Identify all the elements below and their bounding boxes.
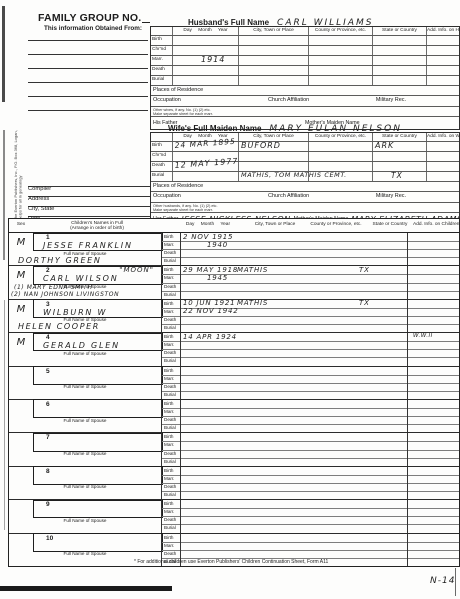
- spouse-label: Full Name of Spouse: [9, 383, 161, 390]
- row-label: Marr.: [161, 274, 181, 282]
- source-line: [28, 96, 148, 97]
- col-sex: Sex: [9, 219, 33, 231]
- husband-table: Day Month Year City, Town or Place Count…: [150, 26, 460, 130]
- addinfo-divider: [407, 324, 408, 332]
- wife-table: Day Month Year City, Town or Place Count…: [150, 132, 460, 227]
- spouse-area: Full Name of Spouse: [9, 450, 161, 466]
- child-row-8: 8Full Name of SpouseBirthMarr.DeathBuria…: [9, 467, 459, 500]
- row-label: Burial: [161, 391, 181, 399]
- row-label: Birth: [161, 333, 181, 341]
- row-label: Birth: [161, 233, 181, 241]
- row-label: Marr.: [161, 375, 181, 383]
- col-state: State or Country: [365, 219, 415, 231]
- addinfo-divider: [407, 308, 408, 316]
- child-sex: M: [9, 304, 33, 315]
- child-row-6: 6Full Name of SpouseBirthMarr.DeathBuria…: [9, 400, 459, 433]
- date-row: Date: [28, 207, 150, 217]
- birth-date: 10 JUN 1921: [183, 299, 235, 307]
- child-sex: M: [9, 270, 33, 281]
- row-label: Birth: [161, 367, 181, 375]
- source-line: [28, 54, 148, 55]
- compiler-row: Compiler: [28, 177, 150, 187]
- addinfo-divider: [407, 391, 408, 399]
- source-line: [28, 82, 148, 83]
- scan-edge-artifact: [2, 6, 5, 102]
- col-day-month-year: Day Month Year: [173, 27, 239, 35]
- burial-row: Burial: [161, 524, 459, 532]
- row-label: Marr.: [161, 408, 181, 416]
- otherhusbands-line2: Make separate sheet for each marr.: [153, 208, 213, 212]
- wife-rowlabel-col: [151, 133, 173, 141]
- scan-edge-artifact: [3, 130, 5, 260]
- spouse-area: Full Name of Spouse: [9, 516, 161, 532]
- spouse-label: Full Name of Spouse: [9, 516, 161, 523]
- wife-occupation-row: Occupation Church Affiliation Military R…: [151, 192, 459, 203]
- birth-state: TX: [359, 266, 370, 274]
- burial-row: Burial: [161, 458, 459, 466]
- row-label: Marr.: [161, 241, 181, 249]
- child-number: 8: [46, 468, 50, 475]
- spouse-name: DORTHY GREEN: [18, 256, 101, 265]
- spouse-label: Full Name of Spouse: [9, 550, 161, 557]
- row-label: Burial: [161, 357, 181, 365]
- husband-birth-row: Birth: [151, 36, 459, 46]
- child-number: 10: [46, 535, 53, 542]
- addinfo-divider: [407, 400, 408, 408]
- addinfo-divider: [407, 375, 408, 383]
- addinfo-divider: [407, 542, 408, 550]
- addinfo-divider: [407, 558, 408, 566]
- col-county: County or Province, etc.: [309, 133, 373, 141]
- row-label: Birth: [161, 300, 181, 308]
- col-county: County or Province, etc.: [307, 219, 365, 231]
- address-row: Address: [28, 187, 150, 197]
- husband-burial-row: Burial: [151, 76, 459, 86]
- row-label: Birth: [161, 500, 181, 508]
- addinfo-divider: [407, 424, 408, 432]
- husband-residence-row: Places of Residence: [151, 86, 459, 96]
- spouse-area: Full Name of SpouseDORTHY GREEN: [9, 249, 161, 265]
- col-addinfo: Add. Info. on Wife: [427, 133, 460, 141]
- row-label: Marr.: [151, 56, 172, 64]
- spouse-area: Full Name of Spouse: [9, 383, 161, 399]
- col-addinfo: Add. Info. on Husband: [427, 27, 460, 35]
- row-label: Death: [161, 249, 181, 257]
- row-label: Burial: [161, 424, 181, 432]
- wife-burial-place: MATHIS, TOM MATHIS CEMT.: [241, 171, 347, 179]
- addinfo-divider: [407, 534, 408, 542]
- spouse-name: HELEN COOPER: [18, 322, 100, 331]
- child-row-7: 7Full Name of SpouseBirthMarr.DeathBuria…: [9, 433, 459, 466]
- addinfo-divider: [407, 550, 408, 558]
- church-label: Church Affiliation: [268, 97, 309, 103]
- col-county: County or Province, etc.: [309, 27, 373, 35]
- corner-handwritten-note: N-14: [430, 576, 455, 586]
- birth-date: 29 MAY 1918: [183, 266, 238, 274]
- row-label: Burial: [161, 291, 181, 299]
- spouse-area: Full Name of Spouse: [9, 483, 161, 499]
- children-names-label: Children's Names in Full: [71, 221, 123, 226]
- addinfo-divider: [407, 416, 408, 424]
- source-line: [28, 110, 148, 111]
- husband-marr-date: 1914: [201, 55, 225, 64]
- row-label: Birth: [161, 534, 181, 542]
- spouse-area: Full Name of Spouse: [9, 349, 161, 365]
- row-label: Burial: [151, 172, 172, 180]
- addinfo-divider: [407, 316, 408, 324]
- birth-add-info: W.W.II: [413, 333, 433, 339]
- row-label: Chr'nd: [151, 152, 172, 160]
- scan-edge-artifact: [4, 300, 5, 530]
- wife-residence-row: Places of Residence: [151, 182, 459, 192]
- residence-label: Places of Residence: [153, 87, 203, 93]
- row-label: Burial: [161, 491, 181, 499]
- addinfo-divider: [407, 291, 408, 299]
- occupation-label: Occupation: [153, 193, 181, 199]
- military-label: Military Rec.: [376, 97, 406, 103]
- wife-birth-state: ARK: [375, 141, 394, 150]
- birth-date: 14 APR 1924: [183, 333, 237, 341]
- row-label: Marr.: [161, 508, 181, 516]
- residence-label: Places of Residence: [153, 183, 203, 189]
- burial-row: Burial: [161, 257, 459, 265]
- child-nickname: "MOON": [119, 266, 154, 274]
- addinfo-divider: [407, 300, 408, 308]
- addinfo-divider: [407, 341, 408, 349]
- row-label: Burial: [161, 257, 181, 265]
- children-table: Sex Children's Names in Full (Arrange in…: [8, 218, 460, 567]
- addinfo-divider: [407, 233, 408, 241]
- row-label: Death: [161, 450, 181, 458]
- spouse-label: Full Name of Spouse: [9, 416, 161, 423]
- church-label: Church Affiliation: [268, 193, 309, 199]
- row-label: Death: [161, 550, 181, 558]
- husband-chrnd-row: Chr'nd: [151, 46, 459, 56]
- col-state: State or Country: [373, 133, 427, 141]
- burial-row: Burial: [161, 291, 459, 299]
- col-city: City, Town or Place: [239, 133, 309, 141]
- burial-row: Burial: [161, 324, 459, 332]
- row-label: Marr.: [161, 441, 181, 449]
- child-row-4: M4GERALD GLENFull Name of SpouseBirth14 …: [9, 333, 459, 366]
- addinfo-divider: [407, 283, 408, 291]
- addinfo-divider: [407, 500, 408, 508]
- addinfo-divider: [407, 357, 408, 365]
- group-no-line: [142, 22, 150, 23]
- source-line: [28, 68, 148, 69]
- addinfo-divider: [407, 508, 408, 516]
- addinfo-divider: [407, 241, 408, 249]
- addinfo-divider: [407, 383, 408, 391]
- addinfo-divider: [407, 274, 408, 282]
- birth-date: 2 NOV 1915: [183, 233, 233, 241]
- spouse-name-2: (2) NAN JOHNSON LIVINGSTON: [11, 291, 119, 298]
- wife-birth-city: BUFORD: [241, 141, 281, 150]
- otherwives-line2: Make separate sheet for each marr.: [153, 112, 213, 116]
- birth-place: MATHIS: [237, 299, 268, 307]
- row-label: Burial: [151, 76, 172, 84]
- child-number: 9: [46, 501, 50, 508]
- spouse-label: Full Name of Spouse: [9, 349, 161, 356]
- row-label: Birth: [151, 142, 172, 150]
- row-label: Birth: [161, 400, 181, 408]
- addinfo-divider: [407, 467, 408, 475]
- scan-bottom-bar: [0, 586, 172, 591]
- row-label: Death: [161, 383, 181, 391]
- children-names-sublabel: (Arrange in order of birth): [70, 226, 124, 231]
- col-addinfo: Add. Info. on Children: [413, 219, 459, 231]
- addinfo-divider: [407, 433, 408, 441]
- footer-note: * For additional children use Everton Pu…: [134, 559, 328, 565]
- husband-occupation-row: Occupation Church Affiliation Military R…: [151, 96, 459, 107]
- child-row-9: 9Full Name of SpouseBirthMarr.DeathBuria…: [9, 500, 459, 533]
- child-row-1: M1JESSE FRANKLINFull Name of SpouseDORTH…: [9, 233, 459, 266]
- child-number: 7: [46, 434, 50, 441]
- addinfo-divider: [407, 333, 408, 341]
- row-label: Chr'nd: [151, 46, 172, 54]
- burial-row: Burial: [161, 357, 459, 365]
- row-label: Marr.: [161, 308, 181, 316]
- husband-otherwives-row: Other wives, if any. No. (1) (2) etc. Ma…: [151, 107, 459, 117]
- addinfo-divider: [407, 458, 408, 466]
- wife-birth-row: Birth 24 MAR 1895 BUFORD ARK: [151, 142, 459, 152]
- occupation-label: Occupation: [153, 97, 181, 103]
- addinfo-divider: [407, 450, 408, 458]
- row-label: Marr.: [161, 542, 181, 550]
- col-city: City, Town or Place: [243, 219, 307, 231]
- husband-rowlabel-col: [151, 27, 173, 35]
- burial-row: Burial: [161, 424, 459, 432]
- marr-date: 1945: [207, 274, 228, 282]
- wife-burial-state: TX: [391, 171, 403, 180]
- obtained-from-label: This information Obtained From:: [44, 25, 142, 32]
- addinfo-divider: [407, 349, 408, 357]
- burial-row: Burial: [161, 391, 459, 399]
- child-number: 5: [46, 368, 50, 375]
- row-label: Death: [151, 66, 172, 74]
- row-label: Burial: [161, 458, 181, 466]
- burial-row: Burial: [161, 491, 459, 499]
- addinfo-divider: [407, 441, 408, 449]
- husband-header-row: Day Month Year City, Town or Place Count…: [151, 27, 459, 36]
- row-label: Death: [161, 283, 181, 291]
- marr-date: 1940: [207, 241, 228, 249]
- col-state: State or Country: [373, 27, 427, 35]
- child-row-5: 5Full Name of SpouseBirthMarr.DeathBuria…: [9, 367, 459, 400]
- addinfo-divider: [407, 367, 408, 375]
- row-label: Marr.: [161, 475, 181, 483]
- addinfo-divider: [407, 491, 408, 499]
- children-header-row: Sex Children's Names in Full (Arrange in…: [9, 219, 459, 233]
- child-number: 6: [46, 401, 50, 408]
- marr-date: 22 NOV 1942: [183, 307, 239, 315]
- row-label: Death: [161, 483, 181, 491]
- addinfo-divider: [407, 516, 408, 524]
- husband-marr-row: Marr. 1914: [151, 56, 459, 66]
- col-day-month-year: Day Month Year: [173, 219, 243, 231]
- addinfo-divider: [407, 249, 408, 257]
- addinfo-divider: [407, 524, 408, 532]
- row-label: Birth: [161, 266, 181, 274]
- husband-death-row: Death: [151, 66, 459, 76]
- row-label: Death: [161, 516, 181, 524]
- wife-burial-row: Burial MATHIS, TOM MATHIS CEMT. TX: [151, 172, 459, 182]
- spouse-label: Full Name of Spouse: [9, 483, 161, 490]
- row-label: Death: [161, 416, 181, 424]
- row-label: Death: [151, 162, 172, 170]
- military-label: Military Rec.: [376, 193, 406, 199]
- wife-otherhusbands-row: Other husbands, if any. No. (1) (2) etc.…: [151, 203, 459, 213]
- col-children-names: Children's Names in Full (Arrange in ord…: [33, 219, 161, 232]
- children-rows: M1JESSE FRANKLINFull Name of SpouseDORTH…: [9, 233, 459, 566]
- child-row-2: M2"MOON"CARL WILSONFull Name of Spouse(1…: [9, 266, 459, 299]
- row-label: Birth: [161, 433, 181, 441]
- addinfo-divider: [407, 408, 408, 416]
- col-city: City, Town or Place: [239, 27, 309, 35]
- row-label: Birth: [151, 36, 172, 44]
- birth-state: TX: [359, 299, 370, 307]
- addinfo-divider: [407, 257, 408, 265]
- spouse-area: Full Name of Spouse: [9, 416, 161, 432]
- child-row-3: M3WILBURN WFull Name of SpouseHELEN COOP…: [9, 300, 459, 333]
- spouse-area: Full Name of SpouseHELEN COOPER: [9, 316, 161, 332]
- spouse-label: Full Name of Spouse: [9, 450, 161, 457]
- row-label: Birth: [161, 467, 181, 475]
- row-label: Marr.: [161, 341, 181, 349]
- child-sex: M: [9, 237, 33, 248]
- city-state-row: City, State: [28, 197, 150, 207]
- birth-place: MATHIS: [237, 266, 268, 274]
- row-label: Death: [161, 349, 181, 357]
- form-title: FAMILY GROUP NO.: [38, 12, 150, 24]
- source-line: [28, 40, 148, 41]
- addinfo-divider: [407, 483, 408, 491]
- row-label: Burial: [161, 324, 181, 332]
- row-label: Burial: [161, 524, 181, 532]
- family-group-sheet: FAMILY GROUP NO. This information Obtain…: [0, 0, 460, 599]
- child-sex: M: [9, 337, 33, 348]
- addinfo-divider: [407, 266, 408, 274]
- row-label: Death: [161, 316, 181, 324]
- addinfo-divider: [407, 475, 408, 483]
- spouse-area: Full Name of Spouse(1) MARY EDNA SMITH(2…: [9, 283, 161, 299]
